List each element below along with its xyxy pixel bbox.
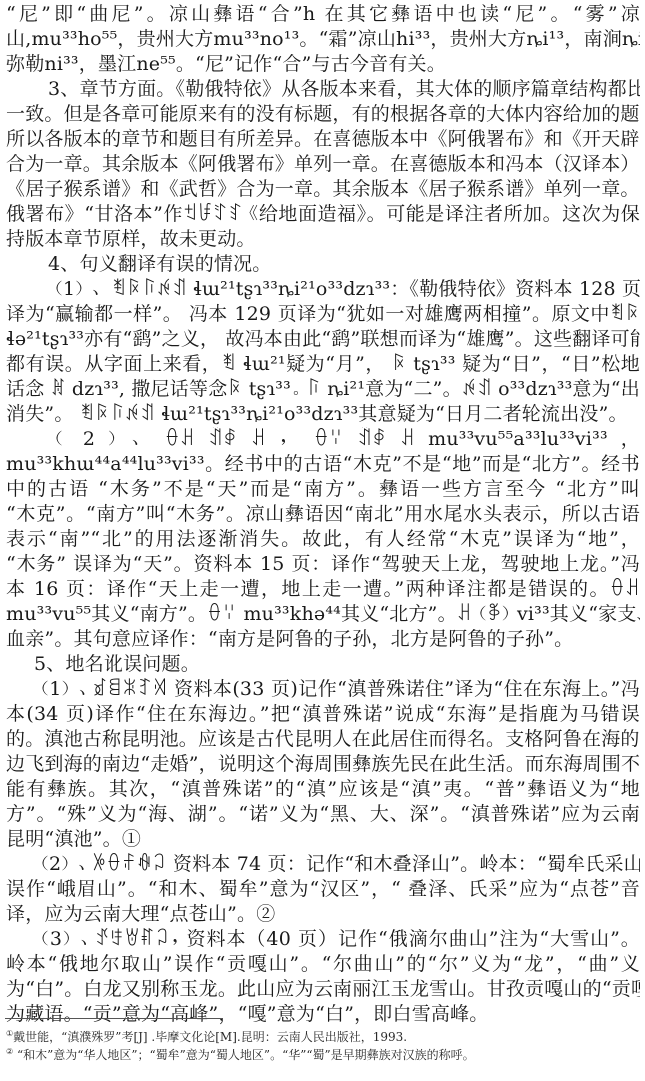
body-line: 合为一章。其余版本《阿俄署布》单列一章。在喜德版本和冯本（汉译本）中 xyxy=(6,152,640,177)
body-line: 消失”。 ꄮꌖꑍꉌꀊ ɬɯ²¹tʂɿ³³ȵi²¹o³³dzɿ³³其意疑为“日月二… xyxy=(6,402,640,427)
body-line: “木务” 误译为“天”。资料本 15 页：译作“驾驶天上龙，驾驶地上龙。”冯 xyxy=(6,552,640,577)
body-line: 边飞到海的南边“走婚”，说明这个海周围彝族先民在此生活。而东海周围不可 xyxy=(6,752,640,777)
section-heading-4: 4、句义翻译有误的情况。 xyxy=(48,252,640,277)
body-line: 本(34 页)译作“住在东海边。”把“滇普殊诺”说成“东海”是指鹿为马错误 xyxy=(6,702,640,727)
body-line: 昆明“滇池”。① xyxy=(6,827,640,852)
body-line: 所以各版本的章节和题目有所差异。在喜德版本中《阿俄署布》和《开天辟地》 xyxy=(6,127,640,152)
document-page: “尼”即“曲尼”。凉山彝语“合”h 在其它彝语中也读“尼”。“雾”凉 山,mu³… xyxy=(0,0,645,1081)
body-line: 山,mu³³ho⁵⁵，贵州大方mu³³no¹³。“霜”凉山hi³³，贵州大方ȵi… xyxy=(6,27,640,52)
body-line: 译为“赢输都一样”。 冯本 129 页译为“犹如一对雄鹰两相撞”。原文中ꄮꌖ xyxy=(6,302,640,327)
body-line: 误作“峨眉山”。“和木、蜀牟”意为“汉区”，“ 叠泽、氏采”应为“点苍”音 xyxy=(6,877,640,902)
body-line: mu³³khɯ⁴⁴a⁴⁴lu³³vi³³。经书中的古语“木克”不是“地”而是“北… xyxy=(6,452,640,477)
body-line: ɬə²¹tʂɿ³³亦有“鹞”之义， 故冯本由此“鹞”联想而译为“雄鹰”。这些翻译… xyxy=(6,327,640,352)
body-line: 血亲”。其句意应译作：“南方是阿鲁的子孙，北方是阿鲁的子孙”。 xyxy=(6,627,640,652)
body-line: 中的古语 “木务”不是“天”而是“南方”。彝语一些方言至今 “北方”叫 xyxy=(6,477,640,502)
body-line: “尼”即“曲尼”。凉山彝语“合”h 在其它彝语中也读“尼”。“雾”凉 xyxy=(6,2,640,27)
body-line: 俄署布》“甘洛本”作ꉬꀱꄸꆏ《给地面造福》。可能是译注者所加。这次为保 xyxy=(6,202,640,227)
body-line: “木克”。“南方”叫“木务”。凉山彝语因“南北”用水尾水头表示，所以古语 xyxy=(6,502,640,527)
body-line: （1）、ꀃꁌꍝꆈꄉ 资料本(33 页)记作“滇普殊诺住”译为“住在东海上。”冯 xyxy=(34,677,640,702)
body-line: 持版本章节原样，故未更动。 xyxy=(6,227,640,252)
body-line: （3）、ꀋꄜꇐꐥꃀ，资料本（40 页）记作“俄滴尔曲山”注为“大雪山”。 xyxy=(34,927,640,952)
body-line: 一致。但是各章可能原来有的没有标题，有的根据各章的大体内容给加的题目， xyxy=(6,102,640,127)
body-line: 岭本“俄地尔取山”误作“贡嘎山”。“尔曲山”的“尔”义为“龙”，“曲”义 xyxy=(6,952,640,977)
body-line: mu³³vu⁵⁵其义“南方”。ꂷꈌ mu³³khə⁴⁴其义“北方”。ꃅ（ꃆ）vi… xyxy=(6,602,640,627)
body-line: 表示“南”“北”的用法逐渐消失。故此，有人经常“木克”误译为“地”， xyxy=(6,527,640,552)
body-line: 的。滇池古称昆明池。应该是古代昆明人在此居住而得名。支格阿鲁在海的北 xyxy=(6,727,640,752)
body-line: （2）、ꉼꂷꄙꊿꃀ 资料本 74 页：记作“和木叠泽山”。岭本：“蜀牟氏采山” xyxy=(34,852,640,877)
body-line: 话念 ꍩ dzɿ³³, 撒尼话等念ꌖ tʂɿ³³。ꑍ ȵi²¹意为“二”。ꉌꀊ … xyxy=(6,377,640,402)
body-line: 本 16 页：译作“天上走一遭，地上走一遭。”两种译注都是错误的。ꂷꃅ xyxy=(6,577,640,602)
body-line: 弥勒ni³³，墨江ne⁵⁵。“尼”记作“合”与古今音有关。 xyxy=(6,52,640,77)
section-heading-3: 3、章节方面。《勒俄特依》从各版本来看，其大体的顺序篇章结构都比较 xyxy=(48,77,640,102)
footnote-1: ①戴世能，“滇濮殊罗”考[J] .毕摩文化论[M].昆明：云南人民出版社，199… xyxy=(6,1026,407,1045)
body-line: 能有彝族。其次，“滇普殊诺”的“滇”应该是“滇”夷。“普”彝语义为“地 xyxy=(6,777,640,802)
body-line: （1）、 ꄮꌖꑍꉌꀊ ɬɯ²¹tʂɿ³³ȵi²¹o³³dzɿ³³：《勒俄特依》资… xyxy=(48,277,640,302)
footnote-text: “和木”意为“华人地区”；“蜀牟”意为“蜀人地区”。“华”“蜀”是早期彝族对汉族… xyxy=(13,1048,474,1062)
body-line: 方”。“殊”义为“海、湖”。“诺”义为“黑、大、深”。“滇普殊诺”应为云南 xyxy=(6,802,640,827)
footnote-text: 戴世能，“滇濮殊罗”考[J] .毕摩文化论[M].昆明：云南人民出版社，1993… xyxy=(13,1030,407,1044)
body-line: 为“白”。白龙又别称玉龙。此山应为云南丽江玉龙雪山。甘孜贡嘎山的“贡嘎” xyxy=(6,977,640,1002)
section-heading-5: 5、地名讹误问题。 xyxy=(34,652,640,677)
footnote-2: ② “和木”意为“华人地区”；“蜀牟”意为“蜀人地区”。“华”“蜀”是早期彝族对… xyxy=(6,1044,475,1063)
body-line: 都有误。从字面上来看，ꄮ ɬɯ²¹疑为“月”， ꌖ tʂɿ³³ 疑为“日”，“日… xyxy=(6,352,640,377)
body-line: 为藏语。“贡”意为“高峰”，“嘎”意为“白”，即白雪高峰。 xyxy=(6,1002,640,1027)
body-line: 译，应为云南大理“点苍山”。② xyxy=(6,902,640,927)
footnote-rule xyxy=(5,1018,223,1019)
body-line: （ 2 ）、 ꂷꃅ ꀉꇉ ꃅ ， ꂷꈌ ꀉꇉ ꃅ mu³³vu⁵⁵a³³lu³³… xyxy=(48,427,640,452)
body-line: 《居子猴系谱》和《武哲》合为一章。其余版本《居子猴系谱》单列一章。《阿 xyxy=(6,177,640,202)
